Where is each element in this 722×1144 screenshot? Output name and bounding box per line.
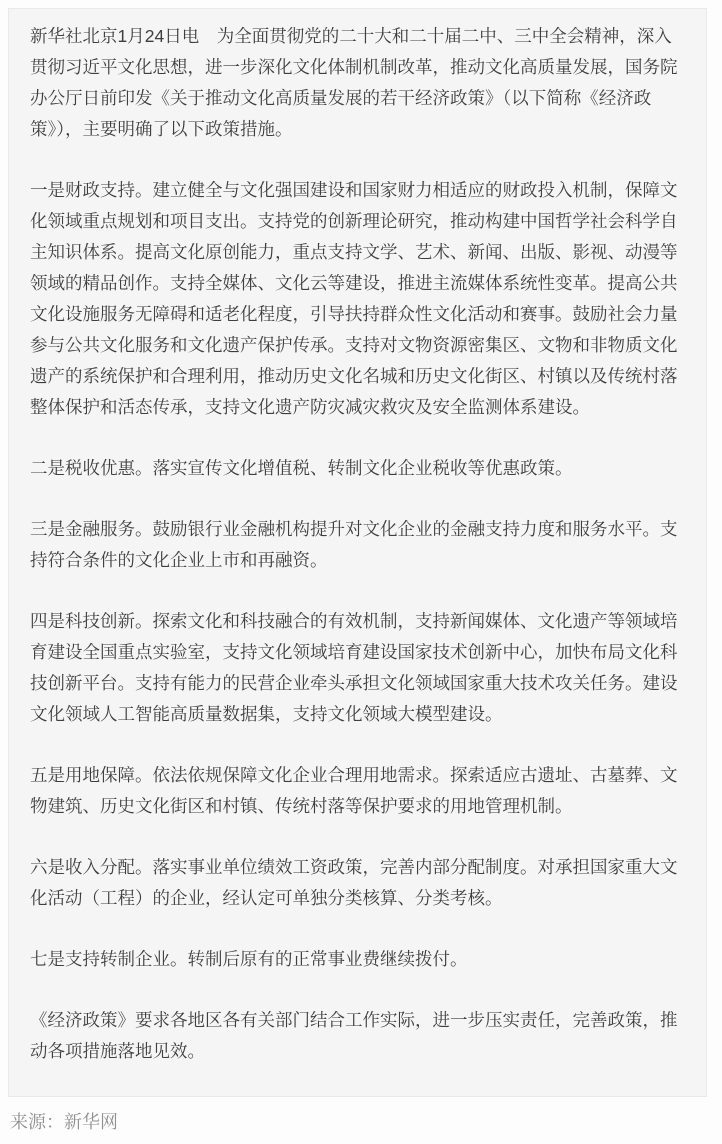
article-paragraph: 七是支持转制企业。转制后原有的正常事业费继续拨付。 <box>30 944 685 975</box>
article-paragraph: 四是科技创新。探索文化和科技融合的有效机制，支持新闻媒体、文化遗产等领域培育建设… <box>30 606 685 730</box>
article-paragraph: 二是税收优惠。落实宣传文化增值税、转制文化企业税收等优惠政策。 <box>30 453 685 484</box>
article-body: 新华社北京1月24日电 为全面贯彻党的二十大和二十届二中、三中全会精神，深入贯彻… <box>30 21 685 1067</box>
article-paragraph: 一是财政支持。建立健全与文化强国建设和国家财力相适应的财政投入机制，保障文化领域… <box>30 175 685 423</box>
article-paragraph: 新华社北京1月24日电 为全面贯彻党的二十大和二十届二中、三中全会精神，深入贯彻… <box>30 21 685 145</box>
source-text: 来源：新华网 <box>10 1112 118 1132</box>
article-card: 新华社北京1月24日电 为全面贯彻党的二十大和二十届二中、三中全会精神，深入贯彻… <box>8 8 707 1097</box>
article-paragraph: 六是收入分配。落实事业单位绩效工资政策，完善内部分配制度。对承担国家重大文化活动… <box>30 852 685 914</box>
article-paragraph: 五是用地保障。依法依规保障文化企业合理用地需求。探索适应古遗址、古墓葬、文物建筑… <box>30 760 685 822</box>
article-paragraph: 《经济政策》要求各地区各有关部门结合工作实际，进一步压实责任，完善政策，推动各项… <box>30 1005 685 1067</box>
article-paragraph: 三是金融服务。鼓励银行业金融机构提升对文化企业的金融支持力度和服务水平。支持符合… <box>30 514 685 576</box>
source-line: 来源：新华网 <box>10 1108 710 1136</box>
